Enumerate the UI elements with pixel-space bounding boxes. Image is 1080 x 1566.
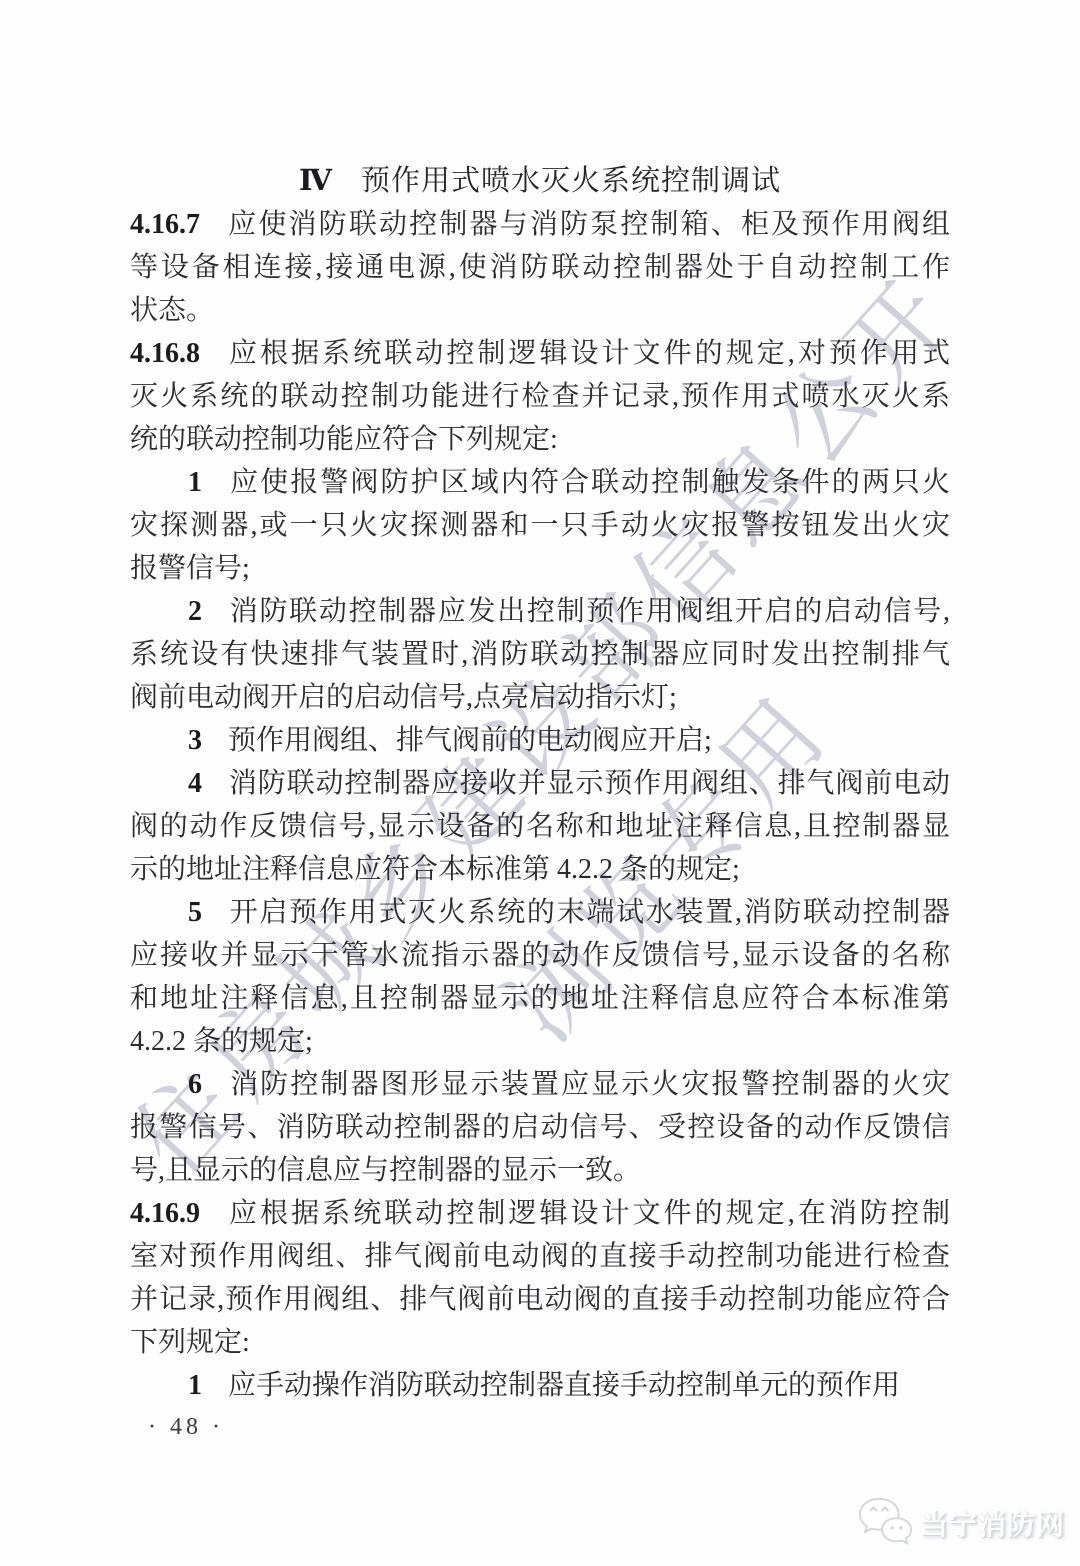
line-text: 开启预作用式灭火系统的末端试水装置,消防联动控制器	[228, 897, 950, 928]
line-text: 并记录,预作用阀组、排气阀前电动阀的直接手动控制功能应符合	[130, 1284, 950, 1315]
text-line: 室对预作用阀组、排气阀前电动阀的直接手动控制功能进行检查	[130, 1235, 950, 1278]
section-title: 预作用式喷水灭火系统控制调试	[361, 165, 781, 197]
line-text: 下列规定:	[130, 1327, 250, 1358]
text-line: 5开启预作用式灭火系统的末端试水装置,消防联动控制器	[130, 891, 950, 934]
line-text: 消防联动控制器应发出控制预作用阀组开启的启动信号,	[228, 596, 950, 627]
text-line: 报警信号、消防联动控制器的启动信号、受控设备的动作反馈信	[130, 1106, 950, 1149]
line-text: 阀的动作反馈信号,显示设备的名称和地址注释信息,且控制器显	[130, 811, 950, 842]
text-line: 4.16.8应根据系统联动控制逻辑设计文件的规定,对预作用式	[130, 332, 950, 375]
clause-number: 3	[188, 725, 202, 756]
line-text: 室对预作用阀组、排气阀前电动阀的直接手动控制功能进行检查	[130, 1241, 950, 1272]
line-text: 应根据系统联动控制逻辑设计文件的规定,在消防控制	[226, 1198, 950, 1229]
text-line: 示的地址注释信息应符合本标准第 4.2.2 条的规定;	[130, 848, 950, 891]
text-line: 阀前电动阀开启的启动信号,点亮启动指示灯;	[130, 676, 950, 719]
text-line: 1应手动操作消防联动控制器直接手动控制单元的预作用	[130, 1364, 950, 1407]
text-line: 1应使报警阀防护区域内符合联动控制触发条件的两只火	[130, 461, 950, 504]
clause-number: 1	[188, 1370, 202, 1401]
line-text: 灾探测器,或一只火灾探测器和一只手动火灾报警按钮发出火灾	[130, 510, 950, 541]
clause-number: 1	[188, 467, 202, 498]
line-text: 4.2.2 条的规定;	[130, 1026, 313, 1057]
text-line: 系统设有快速排气装置时,消防联动控制器应同时发出控制排气	[130, 633, 950, 676]
text-line: 灭火系统的联动控制功能进行检查并记录,预作用式喷水灭火系	[130, 375, 950, 418]
text-line: 号,且显示的信息应与控制器的显示一致。	[130, 1149, 950, 1192]
line-text: 状态。	[130, 295, 214, 326]
text-line: 3预作用阀组、排气阀前的电动阀应开启;	[130, 719, 950, 762]
site-logo: 当宁消防网	[856, 1492, 1065, 1554]
text-line: 下列规定:	[130, 1321, 950, 1364]
line-text: 系统设有快速排气装置时,消防联动控制器应同时发出控制排气	[130, 639, 950, 670]
line-text: 号,且显示的信息应与控制器的显示一致。	[130, 1155, 641, 1186]
clause-number: 4.16.9	[130, 1198, 200, 1229]
line-text: 应使消防联动控制器与消防泵控制箱、柜及预作用阀组	[226, 209, 950, 240]
line-text: 应使报警阀防护区域内符合联动控制触发条件的两只火	[228, 467, 950, 498]
text-line: 4.2.2 条的规定;	[130, 1020, 950, 1063]
text-line: 等设备相连接,接通电源,使消防联动控制器处于自动控制工作	[130, 246, 950, 289]
line-text: 消防控制器图形显示装置应显示火灾报警控制器的火灾	[228, 1069, 950, 1100]
line-text: 报警信号、消防联动控制器的启动信号、受控设备的动作反馈信	[130, 1112, 950, 1143]
line-text: 应根据系统联动控制逻辑设计文件的规定,对预作用式	[226, 338, 950, 369]
text-line: 2消防联动控制器应发出控制预作用阀组开启的启动信号,	[130, 590, 950, 633]
line-text: 应接收并显示干管水流指示器的动作反馈信号,显示设备的名称	[130, 940, 950, 971]
line-text: 示的地址注释信息应符合本标准第 4.2.2 条的规定;	[130, 854, 740, 885]
line-text: 等设备相连接,接通电源,使消防联动控制器处于自动控制工作	[130, 252, 950, 283]
text-line: 和地址注释信息,且控制器显示的地址注释信息应符合本标准第	[130, 977, 950, 1020]
text-line: 并记录,预作用阀组、排气阀前电动阀的直接手动控制功能应符合	[130, 1278, 950, 1321]
text-line: 灾探测器,或一只火灾探测器和一只手动火灾报警按钮发出火灾	[130, 504, 950, 547]
line-text: 消防联动控制器应接收并显示预作用阀组、排气阀前电动	[228, 768, 950, 799]
document-body: Ⅳ预作用式喷水灭火系统控制调试 4.16.7应使消防联动控制器与消防泵控制箱、柜…	[130, 160, 950, 1407]
text-line: 统的联动控制功能应符合下列规定:	[130, 418, 950, 461]
line-text: 预作用阀组、排气阀前的电动阀应开启;	[228, 725, 712, 756]
clause-number: 6	[188, 1069, 202, 1100]
text-line: 应接收并显示干管水流指示器的动作反馈信号,显示设备的名称	[130, 934, 950, 977]
line-text: 统的联动控制功能应符合下列规定:	[130, 424, 558, 455]
text-line: 报警信号;	[130, 547, 950, 590]
text-line: 4消防联动控制器应接收并显示预作用阀组、排气阀前电动	[130, 762, 950, 805]
clause-number: 4.16.7	[130, 209, 200, 240]
text-line: 6消防控制器图形显示装置应显示火灾报警控制器的火灾	[130, 1063, 950, 1106]
site-logo-text: 当宁消防网	[920, 1503, 1065, 1543]
line-text: 报警信号;	[130, 553, 250, 584]
line-text: 阀前电动阀开启的启动信号,点亮启动指示灯;	[130, 682, 677, 713]
text-line: 4.16.9应根据系统联动控制逻辑设计文件的规定,在消防控制	[130, 1192, 950, 1235]
section-numeral: Ⅳ	[299, 165, 333, 197]
line-text: 和地址注释信息,且控制器显示的地址注释信息应符合本标准第	[130, 983, 950, 1014]
text-line: 状态。	[130, 289, 950, 332]
wechat-bubbles-icon	[856, 1495, 914, 1551]
line-text: 灭火系统的联动控制功能进行检查并记录,预作用式喷水灭火系	[130, 381, 950, 412]
section-heading: Ⅳ预作用式喷水灭火系统控制调试	[130, 160, 950, 203]
text-line: 阀的动作反馈信号,显示设备的名称和地址注释信息,且控制器显	[130, 805, 950, 848]
clause-number: 4	[188, 768, 202, 799]
clause-number: 2	[188, 596, 202, 627]
line-text: 应手动操作消防联动控制器直接手动控制单元的预作用	[228, 1370, 900, 1401]
document-page: 住房城乡建设部信息公开 浏览专用 Ⅳ预作用式喷水灭火系统控制调试 4.16.7应…	[0, 0, 1080, 1566]
clause-number: 5	[188, 897, 202, 928]
text-line: 4.16.7应使消防联动控制器与消防泵控制箱、柜及预作用阀组	[130, 203, 950, 246]
clause-number: 4.16.8	[130, 338, 200, 369]
page-number: · 48 ·	[148, 1412, 224, 1442]
